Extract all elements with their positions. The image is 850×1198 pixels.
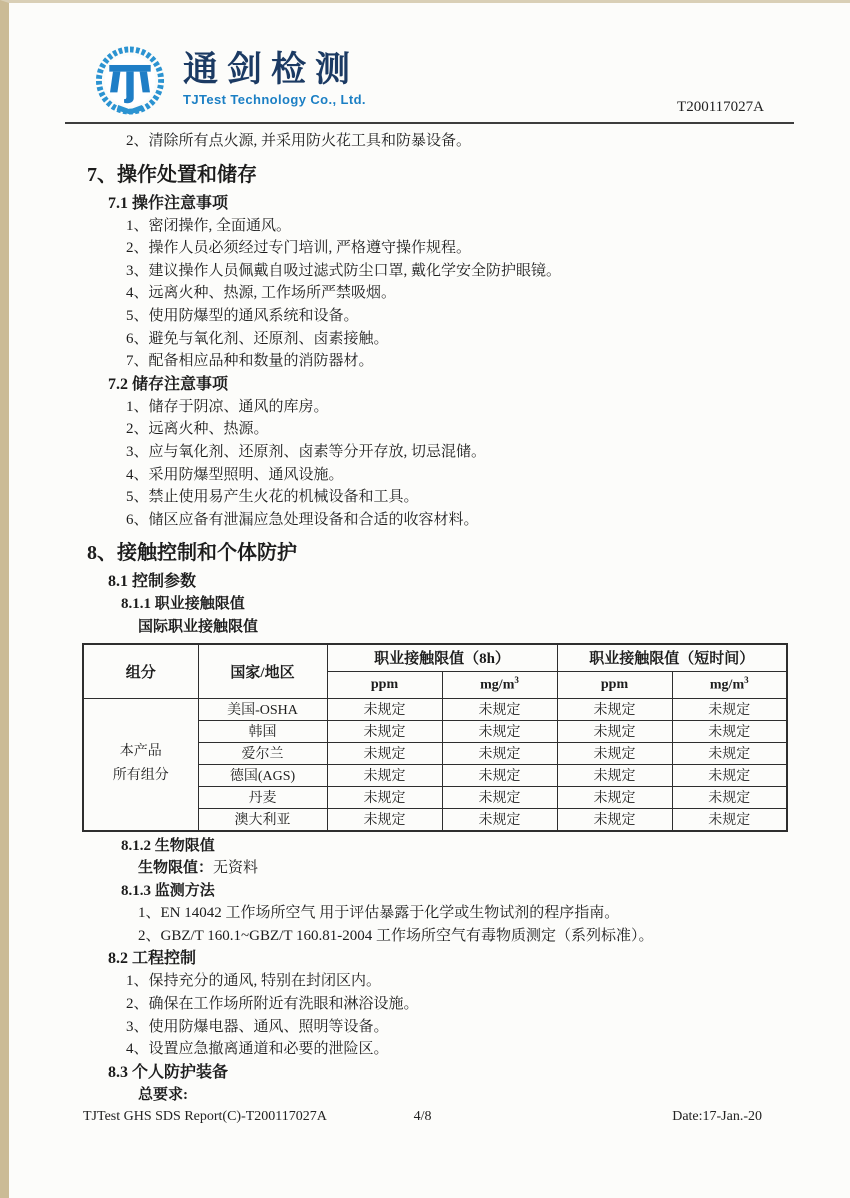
biological-limit-line: 生物限值：无资料: [9, 857, 850, 880]
section-8-2-title: 8.2 工程控制: [9, 947, 850, 970]
country-cell: 韩国: [198, 720, 327, 742]
list-item: 5、禁止使用易产生火花的机械设备和工具。: [9, 486, 850, 509]
section-8-1-title: 8.1 控制参数: [9, 570, 850, 593]
value-cell: 未规定: [672, 742, 787, 764]
value-cell: 未规定: [442, 720, 557, 742]
country-cell: 丹麦: [198, 786, 327, 808]
list-item: 6、储区应备有泄漏应急处理设备和合适的收容材料。: [9, 509, 850, 532]
oel-table: 组分 国家/地区 职业接触限值（8h） 职业接触限值（短时间） ppm mg/m…: [82, 643, 788, 832]
section-8-3-title: 8.3 个人防护装备: [9, 1061, 850, 1084]
sds-document-page: 通剑检测 TJTest Technology Co., Ltd. T200117…: [0, 0, 850, 1198]
value-cell: 未规定: [327, 786, 442, 808]
section-8-1-3-title: 8.1.3 监测方法: [9, 880, 850, 903]
list-item: 2、远离火种、热源。: [9, 418, 850, 441]
section-8-1-2-title: 8.1.2 生物限值: [9, 835, 850, 858]
list-item: 1、EN 14042 工作场所空气 用于评估暴露于化学或生物试剂的程序指南。: [9, 902, 850, 925]
unit-ppm: ppm: [327, 671, 442, 698]
footer-date: Date:17-Jan.-20: [431, 1109, 762, 1125]
value-cell: 未规定: [442, 786, 557, 808]
section-8-1-1-title: 8.1.1 职业接触限值: [9, 593, 850, 616]
logo-text-block: 通剑检测 TJTest Technology Co., Ltd.: [183, 51, 366, 107]
value-cell: 未规定: [442, 742, 557, 764]
country-cell: 美国-OSHA: [198, 698, 327, 720]
international-oel-subtitle: 国际职业接触限值: [9, 616, 850, 639]
list-item: 4、远离火种、热源, 工作场所严禁吸烟。: [9, 282, 850, 305]
unit-mg-m3: mg/m3: [672, 671, 787, 698]
list-item: 2、确保在工作场所附近有洗眼和淋浴设施。: [9, 993, 850, 1016]
carryover-list-item: 2、清除所有点火源, 并采用防火花工具和防暴设备。: [9, 130, 850, 153]
value-cell: 未规定: [557, 764, 672, 786]
value-cell: 未规定: [557, 742, 672, 764]
component-cell: 本产品 所有组分: [83, 698, 198, 831]
list-item: 4、采用防爆型照明、通风设施。: [9, 464, 850, 487]
list-item: 7、配备相应品种和数量的消防器材。: [9, 350, 850, 373]
header-rule: [65, 122, 794, 124]
section-8-title: 8、接触控制和个体防护: [9, 538, 850, 568]
value-cell: 未规定: [557, 808, 672, 831]
country-cell: 德国(AGS): [198, 764, 327, 786]
general-requirements-label: 总要求:: [9, 1084, 850, 1107]
footer-report-id: TJTest GHS SDS Report(C)-T200117027A: [83, 1109, 414, 1125]
footer-page-number: 4/8: [414, 1109, 432, 1125]
value-cell: 未规定: [327, 742, 442, 764]
value-cell: 未规定: [327, 808, 442, 831]
value-cell: 未规定: [442, 698, 557, 720]
value-cell: 未规定: [557, 786, 672, 808]
list-item: 3、建议操作人员佩戴自吸过滤式防尘口罩, 戴化学安全防护眼镜。: [9, 260, 850, 283]
list-item: 1、密闭操作, 全面通风。: [9, 215, 850, 238]
section-7-1-title: 7.1 操作注意事项: [9, 192, 850, 215]
list-item: 6、避免与氧化剂、还原剂、卤素接触。: [9, 328, 850, 351]
list-item: 5、使用防爆型的通风系统和设备。: [9, 305, 850, 328]
value-cell: 未规定: [557, 698, 672, 720]
value-cell: 未规定: [327, 720, 442, 742]
country-cell: 爱尔兰: [198, 742, 327, 764]
list-item: 1、保持充分的通风, 特别在封闭区内。: [9, 970, 850, 993]
col-header-component: 组分: [83, 644, 198, 699]
value-cell: 未规定: [442, 808, 557, 831]
value-cell: 未规定: [672, 808, 787, 831]
value-cell: 未规定: [672, 698, 787, 720]
col-header-limit-short: 职业接触限值（短时间）: [557, 644, 787, 672]
logo-company-name-cn: 通剑检测: [183, 51, 366, 89]
table-header-row: 组分 国家/地区 职业接触限值（8h） 职业接触限值（短时间）: [83, 644, 787, 672]
list-item: 2、操作人员必须经过专门培训, 严格遵守操作规程。: [9, 237, 850, 260]
unit-ppm: ppm: [557, 671, 672, 698]
list-item: 2、GBZ/T 160.1~GBZ/T 160.81-2004 工作场所空气有毒…: [9, 925, 850, 948]
laurel-wreath-logo-icon: [93, 45, 167, 119]
list-item: 3、应与氧化剂、还原剂、卤素等分开存放, 切忌混储。: [9, 441, 850, 464]
value-cell: 未规定: [672, 786, 787, 808]
value-cell: 未规定: [327, 764, 442, 786]
col-header-limit-8h: 职业接触限值（8h）: [327, 644, 557, 672]
list-item: 3、使用防爆电器、通风、照明等设备。: [9, 1016, 850, 1039]
col-header-country: 国家/地区: [198, 644, 327, 699]
value-cell: 未规定: [327, 698, 442, 720]
table-row: 本产品 所有组分 美国-OSHA 未规定 未规定 未规定 未规定: [83, 698, 787, 720]
value-cell: 未规定: [672, 764, 787, 786]
value-cell: 未规定: [442, 764, 557, 786]
value-cell: 未规定: [672, 720, 787, 742]
page-footer: TJTest GHS SDS Report(C)-T200117027A 4/8…: [9, 1109, 850, 1125]
value-cell: 未规定: [557, 720, 672, 742]
list-item: 4、设置应急撤离通道和必要的泄险区。: [9, 1038, 850, 1061]
country-cell: 澳大利亚: [198, 808, 327, 831]
logo-company-name-en: TJTest Technology Co., Ltd.: [183, 92, 366, 107]
list-item: 1、储存于阴凉、通风的库房。: [9, 396, 850, 419]
document-number: T200117027A: [677, 99, 764, 116]
section-7-2-title: 7.2 储存注意事项: [9, 373, 850, 396]
section-7-title: 7、操作处置和储存: [9, 160, 850, 190]
unit-mg-m3: mg/m3: [442, 671, 557, 698]
